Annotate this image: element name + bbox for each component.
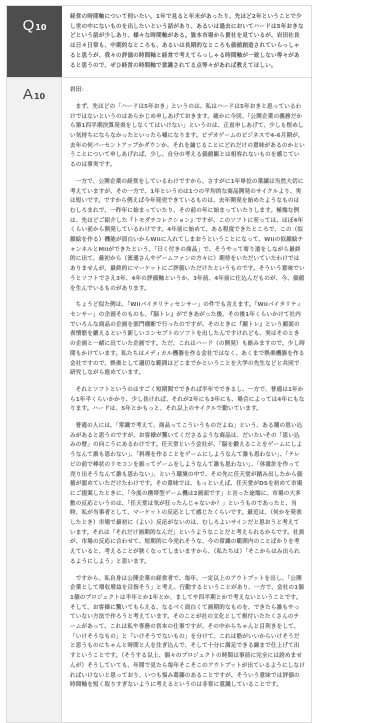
answer-paragraph: 一方で、公開企業の経営をしているわけですから、さすがに1年単位の業績は当然大切に… — [70, 178, 305, 294]
answer-label: A10 — [7, 78, 62, 700]
answer-paragraph: まず、先ほどの「ハードは5年おき」というのは、私はハードは5年おきと思っているわ… — [70, 103, 305, 171]
answer-paragraph: 普通の人には、「常識で考えて、商品ってこういうものだよね」という、ある種の思い込… — [70, 422, 305, 568]
answer-paragraph: ちょうど似た例は、「Wiiバイタリティセンサー」の件でも言えます。「Wiiバイタ… — [70, 301, 305, 379]
answer-row: A10 岩田： まず、先ほどの「ハードは5年おき」というのは、私はハードは5年お… — [6, 78, 312, 700]
answer-paragraph: ですから、私自身は公開企業の経営者で、毎年、一定以上のアウトプットを出し、「公開… — [70, 575, 305, 691]
question-text: 経営の時間軸について伺いたい。1年で見ると年末があったり、先ほど2年ということで… — [62, 6, 311, 77]
answer-paragraph: それとソフトというのはすごく短期間でできれば半年でできるし、一方で、普通は1年か… — [70, 386, 305, 415]
question-label: Q10 — [7, 6, 62, 77]
question-letter: Q — [23, 17, 35, 34]
speaker-name: 岩田： — [70, 86, 305, 96]
answer-letter: A — [23, 86, 33, 103]
question-number: 10 — [35, 23, 46, 32]
answer-number: 10 — [34, 92, 45, 101]
qa-block: Q10 経営の時間軸について伺いたい。1年で見ると年末があったり、先ほど2年とい… — [6, 5, 312, 700]
question-row: Q10 経営の時間軸について伺いたい。1年で見ると年末があったり、先ほど2年とい… — [6, 5, 312, 78]
answer-content: 岩田： まず、先ほどの「ハードは5年おき」というのは、私はハードは5年おきと思っ… — [62, 78, 311, 700]
